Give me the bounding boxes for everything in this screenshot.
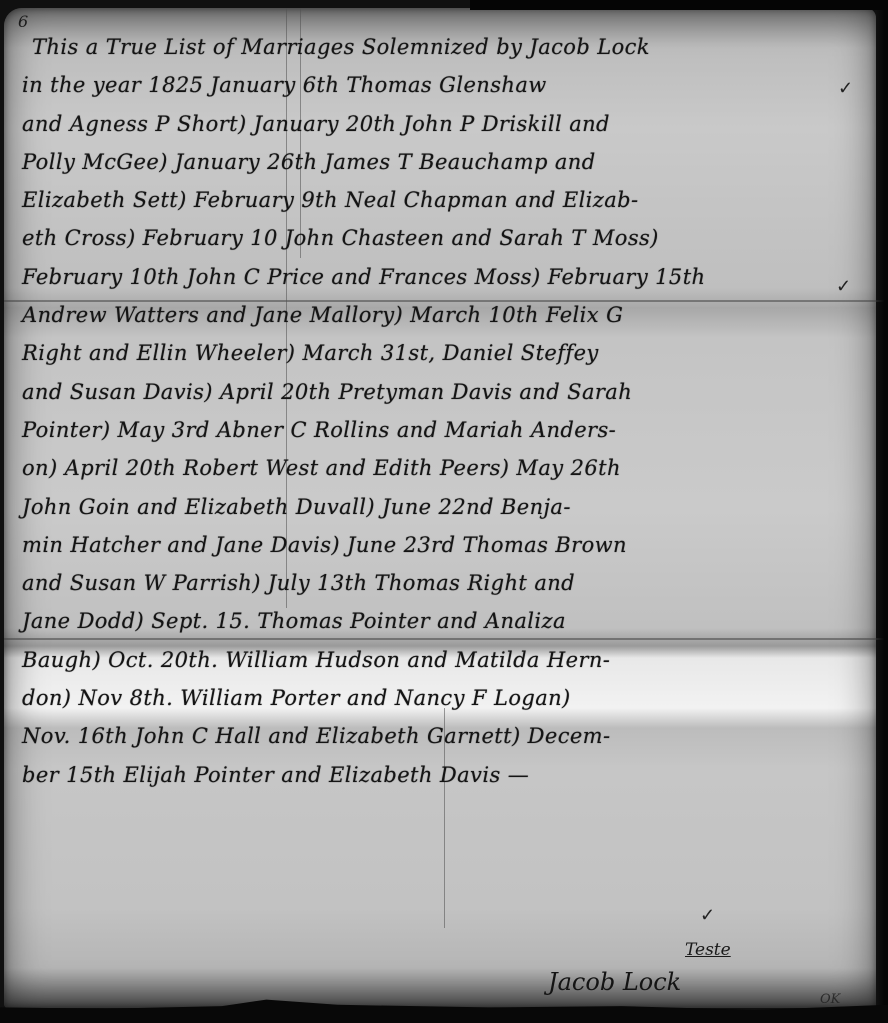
scan-edge	[876, 0, 888, 1023]
document-line: Elizabeth Sett) February 9th Neal Chapma…	[22, 181, 872, 219]
document-line: Polly McGee) January 26th James T Beauch…	[22, 143, 872, 181]
document-line: Jane Dodd) Sept. 15. Thomas Pointer and …	[22, 602, 872, 640]
document-line: and Susan W Parrish) July 13th Thomas Ri…	[22, 564, 872, 602]
document-line: Baugh) Oct. 20th. William Hudson and Mat…	[22, 641, 872, 679]
document-line: on) April 20th Robert West and Edith Pee…	[22, 449, 872, 487]
checkmark-icon: ✓	[838, 78, 853, 99]
document-line: min Hatcher and Jane Davis) June 23rd Th…	[22, 526, 872, 564]
document-line: and Agness P Short) January 20th John P …	[22, 105, 872, 143]
scan-shadow	[470, 0, 888, 10]
scan-frame: 6 This a True List of Marriages Solemniz…	[0, 0, 888, 1023]
document-line: Andrew Watters and Jane Mallory) March 1…	[22, 296, 872, 334]
document-line: John Goin and Elizabeth Duvall) June 22n…	[22, 488, 872, 526]
document-line: don) Nov 8th. William Porter and Nancy F…	[22, 679, 872, 717]
document-line: eth Cross) February 10 John Chasteen and…	[22, 219, 872, 257]
document-line: Pointer) May 3rd Abner C Rollins and Mar…	[22, 411, 872, 449]
signature: Jacob Lock	[548, 968, 681, 996]
checkmark-icon: ✓	[836, 276, 851, 297]
checkmark-icon: ✓	[700, 905, 715, 926]
marriage-list: This a True List of Marriages Solemnized…	[22, 28, 872, 794]
corner-mark: OK	[820, 992, 840, 1007]
document-line: and Susan Davis) April 20th Pretyman Dav…	[22, 373, 872, 411]
document-line: Right and Ellin Wheeler) March 31st, Dan…	[22, 334, 872, 372]
document-line: Nov. 16th John C Hall and Elizabeth Garn…	[22, 717, 872, 755]
document-line: February 10th John C Price and Frances M…	[22, 258, 872, 296]
attest-label: Teste	[685, 940, 731, 960]
document-line: ber 15th Elijah Pointer and Elizabeth Da…	[22, 756, 872, 794]
document-line: This a True List of Marriages Solemnized…	[22, 28, 872, 66]
document-line: in the year 1825 January 6th Thomas Glen…	[22, 66, 872, 104]
